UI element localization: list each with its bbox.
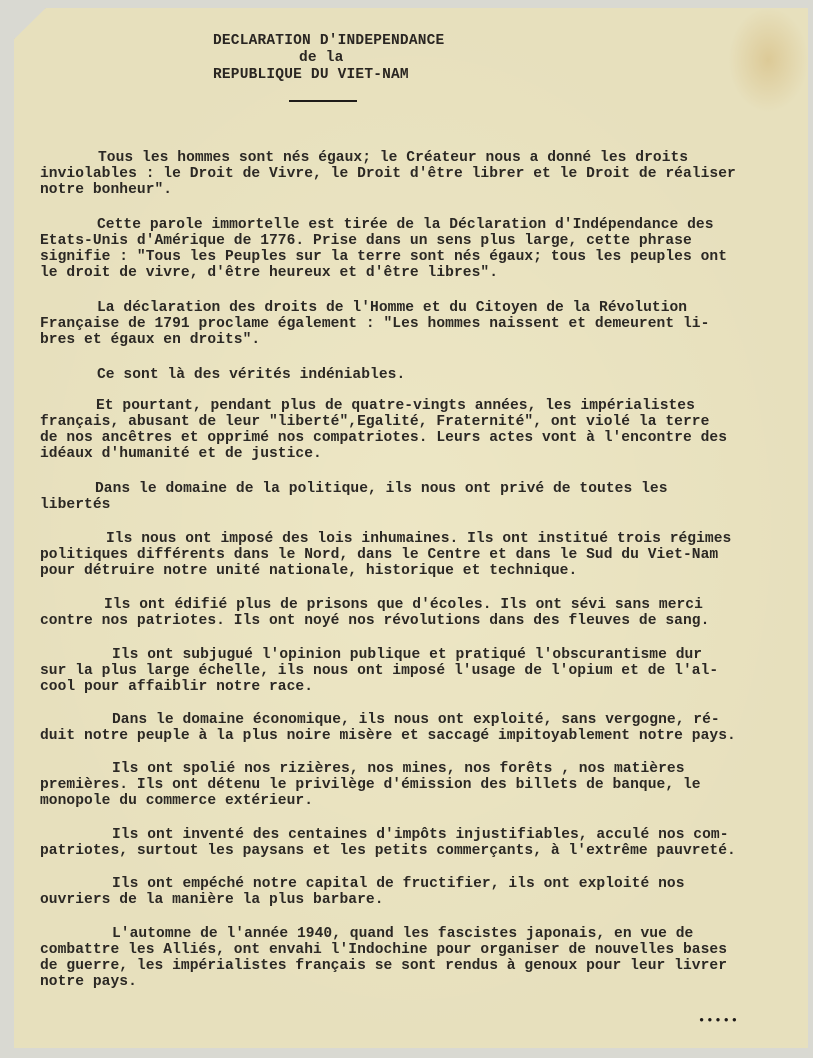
- text-line: L'automne de l'année 1940, quand les fas…: [112, 926, 693, 942]
- text-line: Cette parole immortelle est tirée de la …: [97, 217, 714, 233]
- text-line: libertés: [40, 497, 110, 513]
- text-line: pour détruire notre unité nationale, his…: [40, 563, 577, 579]
- text-line: Ils ont subjugué l'opinion publique et p…: [112, 647, 702, 663]
- text-line: notre bonheur".: [40, 182, 172, 198]
- title-line-1: DECLARATION D'INDEPENDANCE: [213, 33, 444, 49]
- text-line: notre pays.: [40, 974, 137, 990]
- text-line: Etats-Unis d'Amérique de 1776. Prise dan…: [40, 233, 692, 249]
- text-line: Ce sont là des vérités indéniables.: [97, 367, 405, 383]
- text-line: inviolables : le Droit de Vivre, le Droi…: [40, 166, 736, 182]
- text-line: ouvriers de la manière la plus barbare.: [40, 892, 384, 908]
- text-line: Ils ont inventé des centaines d'impôts i…: [112, 827, 729, 843]
- title-underline: [289, 100, 357, 102]
- text-line: sur la plus large échelle, ils nous ont …: [40, 663, 718, 679]
- text-line: La déclaration des droits de l'Homme et …: [97, 300, 687, 316]
- text-line: Dans le domaine économique, ils nous ont…: [112, 712, 720, 728]
- text-line: Dans le domaine de la politique, ils nou…: [95, 481, 668, 497]
- text-line: monopole du commerce extérieur.: [40, 793, 313, 809]
- title-line-2: de la: [299, 50, 344, 66]
- text-line: Ils ont édifié plus de prisons que d'éco…: [104, 597, 703, 613]
- text-line: de nos ancêtres et opprimé nos compatrio…: [40, 430, 727, 446]
- text-line: Et pourtant, pendant plus de quatre-ving…: [96, 398, 695, 414]
- text-line: politiques différents dans le Nord, dans…: [40, 547, 718, 563]
- text-line: Française de 1791 proclame également : "…: [40, 316, 709, 332]
- text-line: français, abusant de leur "liberté",Egal…: [40, 414, 709, 430]
- text-line: duit notre peuple à la plus noire misère…: [40, 728, 736, 744]
- text-line: Tous les hommes sont nés égaux; le Créat…: [98, 150, 688, 166]
- text-line: bres et égaux en droits".: [40, 332, 260, 348]
- text-line: patriotes, surtout les paysans et les pe…: [40, 843, 736, 859]
- text-line: contre nos patriotes. Ils ont noyé nos r…: [40, 613, 709, 629]
- title-line-3: REPUBLIQUE DU VIET-NAM: [213, 67, 409, 83]
- text-line: le droit de vivre, d'être heureux et d'ê…: [40, 265, 498, 281]
- text-line: Ils ont spolié nos rizières, nos mines, …: [112, 761, 685, 777]
- text-line: cool pour affaiblir notre race.: [40, 679, 313, 695]
- text-line: Ils nous ont imposé des lois inhumaines.…: [106, 531, 731, 547]
- text-line: Ils ont empéché notre capital de fructif…: [112, 876, 685, 892]
- text-line: combattre les Alliés, ont envahi l'Indoc…: [40, 942, 727, 958]
- text-line: premières. Ils ont détenu le privilège d…: [40, 777, 701, 793]
- text-line: idéaux d'humanité et de justice.: [40, 446, 322, 462]
- text-line: signifie : "Tous les Peuples sur la terr…: [40, 249, 727, 265]
- text-line: de guerre, les impérialistes français se…: [40, 958, 727, 974]
- continuation-mark: •••••: [698, 1014, 739, 1028]
